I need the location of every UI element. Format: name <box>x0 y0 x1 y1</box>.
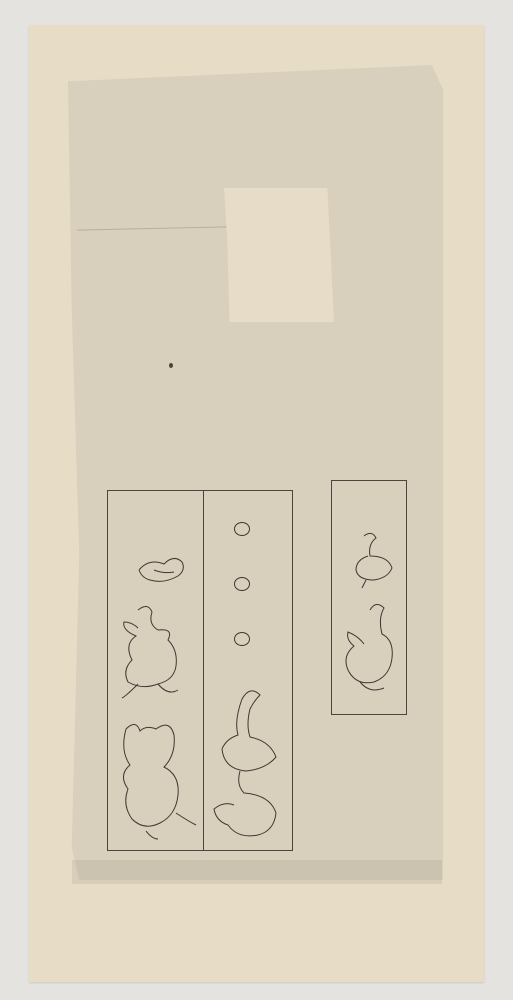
goose-sketch <box>210 685 288 845</box>
circle-mark <box>234 632 250 646</box>
goose-sketch <box>118 600 190 710</box>
goose-sketch <box>116 715 202 843</box>
goose-sketch <box>134 550 190 590</box>
goose-sketch <box>348 530 398 592</box>
paper-patch <box>224 188 334 322</box>
circle-mark <box>234 577 250 591</box>
panel-divider <box>203 491 204 850</box>
ink-spot <box>169 363 173 368</box>
circle-mark <box>234 522 250 536</box>
goose-sketch <box>340 600 402 700</box>
bottom-stain <box>72 860 442 884</box>
